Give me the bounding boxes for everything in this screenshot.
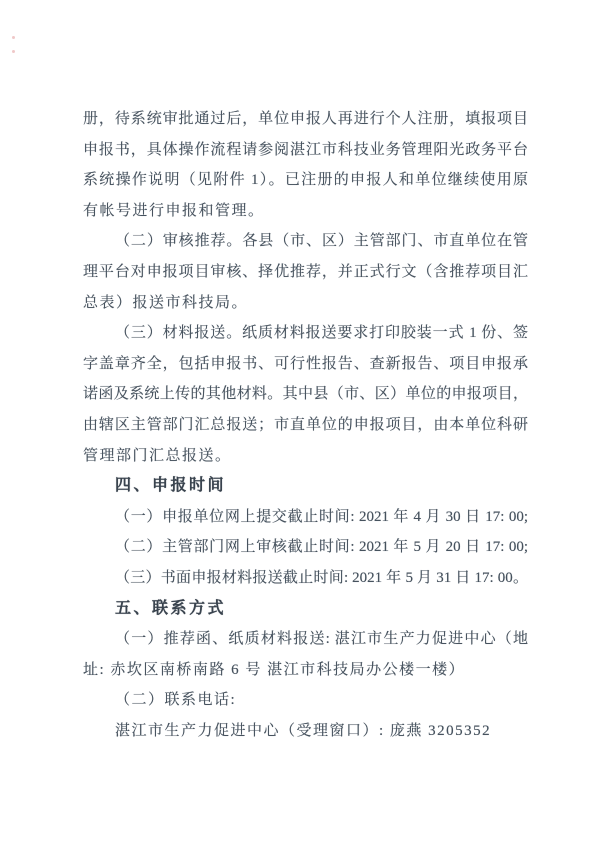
section-heading-application-time: 四、申报时间 <box>83 471 528 502</box>
paragraph-line: （二）审核推荐。各县（市、区）主管部门、市直单位在管 <box>83 226 528 257</box>
contact-line-delivery: （一）推荐函、纸质材料报送: 湛江市生产力促进中心（地 <box>83 624 528 655</box>
paragraph-line: 理平台对申报项目审核、择优推荐，并正式行文（含推荐项目汇 <box>83 257 528 288</box>
deadline-item-dept-review: （二）主管部门网上审核截止时间: 2021 年 5 月 20 日 17: 00; <box>83 532 528 563</box>
paragraph-line: 字盖章齐全，包括申报书、可行性报告、查新报告、项目申报承 <box>83 349 528 380</box>
paragraph-line: （三）材料报送。纸质材料报送要求打印胶装一式 1 份、签 <box>83 318 528 349</box>
paragraph-line: 由辖区主管部门汇总报送；市直单位的申报项目，由本单位科研 <box>83 410 528 441</box>
scanned-document-page: 册，待系统审批通过后，单位申报人再进行个人注册，填报项目 申报书，具体操作流程请… <box>0 0 600 856</box>
paragraph-line: 管理部门汇总报送。 <box>83 441 528 472</box>
paragraph-line: 诺函及系统上传的其他材料。其中县（市、区）单位的申报项目， <box>83 379 528 410</box>
paragraph-line: 系统操作说明（见附件 1）。已注册的申报人和单位继续使用原 <box>83 165 528 196</box>
contact-line-phone-label: （二）联系电话: <box>83 685 528 716</box>
paragraph-line: 有帐号进行申报和管理。 <box>83 196 528 227</box>
contact-line-address: 址: 赤坎区南桥南路 6 号 湛江市科技局办公楼一楼） <box>83 655 528 686</box>
paragraph-line: 申报书，具体操作流程请参阅湛江市科技业务管理阳光政务平台 <box>83 135 528 166</box>
document-body: 册，待系统审批通过后，单位申报人再进行个人注册，填报项目 申报书，具体操作流程请… <box>83 104 528 746</box>
deadline-item-paper-materials: （三）书面申报材料报送截止时间: 2021 年 5 月 31 日 17: 00。 <box>83 563 528 594</box>
section-heading-contact-info: 五、联系方式 <box>83 594 528 625</box>
paragraph-line: 册，待系统审批通过后，单位申报人再进行个人注册，填报项目 <box>83 104 528 135</box>
scan-speck <box>12 36 15 39</box>
scan-speck <box>12 50 15 53</box>
paragraph-line: 总表）报送市科技局。 <box>83 288 528 319</box>
contact-line-phone-number: 湛江市生产力促进中心（受理窗口）: 庞燕 3205352 <box>83 716 528 747</box>
deadline-item-online-submit: （一）申报单位网上提交截止时间: 2021 年 4 月 30 日 17: 00; <box>83 502 528 533</box>
